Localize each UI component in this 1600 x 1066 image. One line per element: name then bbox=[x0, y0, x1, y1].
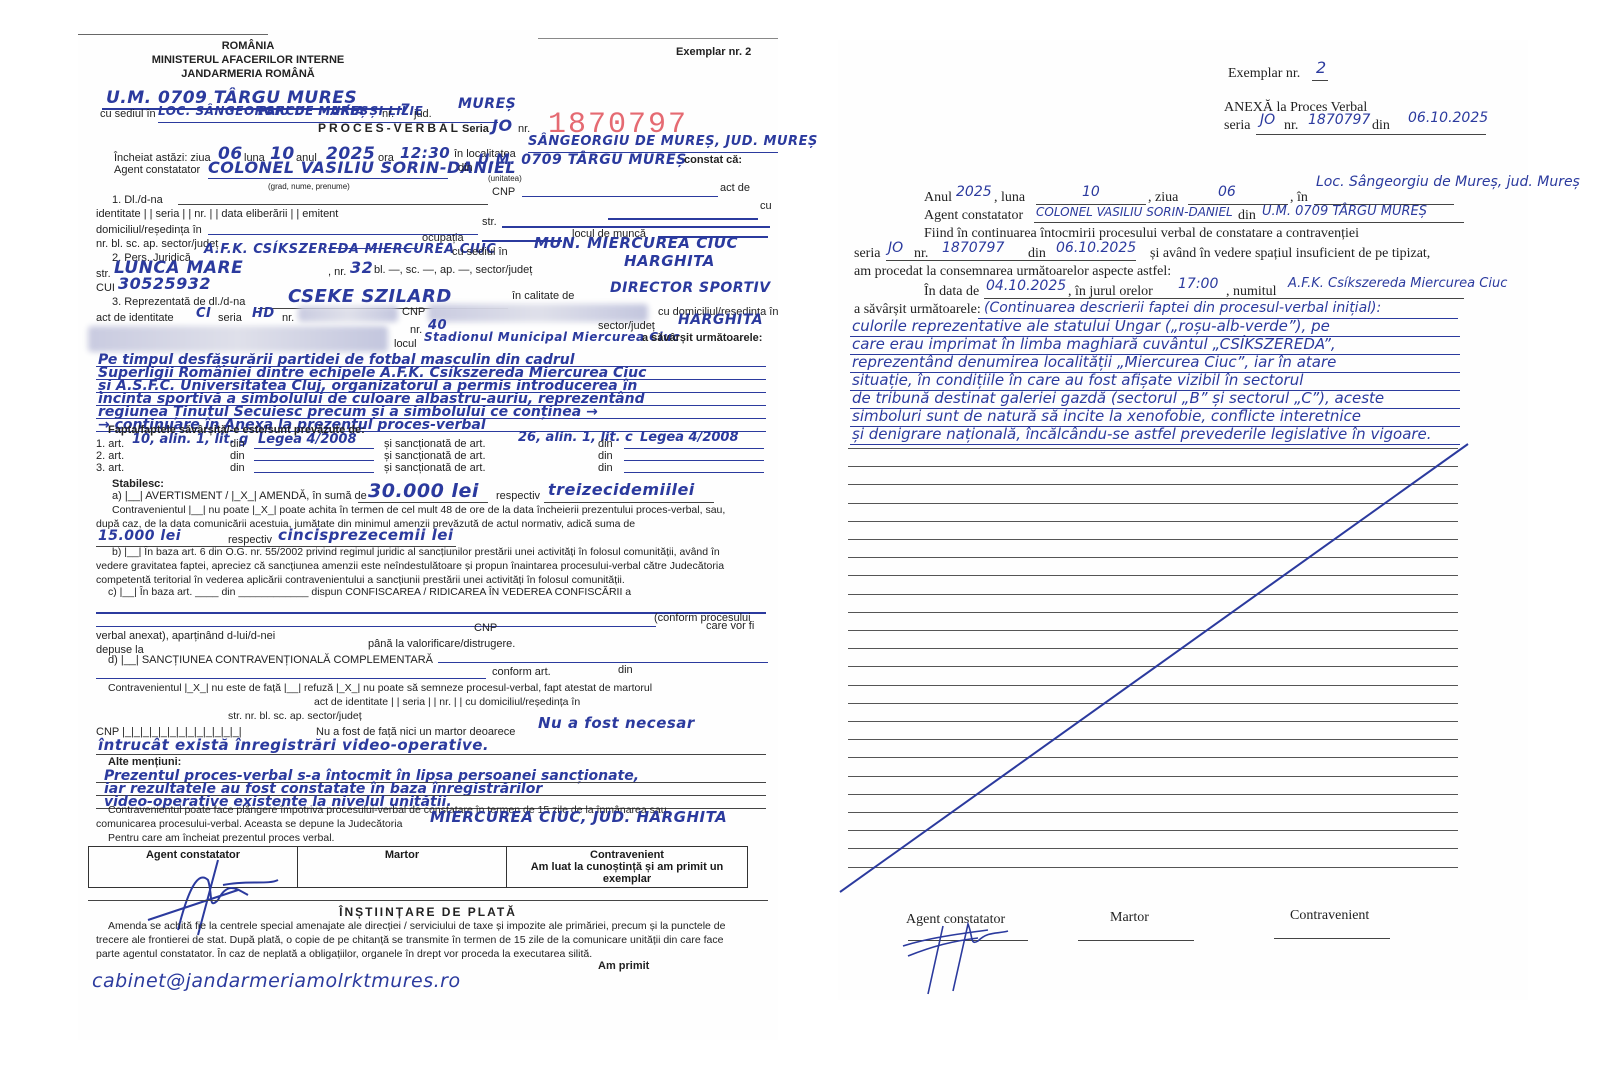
redacted-address bbox=[88, 326, 388, 352]
top-edge-line bbox=[78, 34, 268, 35]
sanction-label: și sancționată de art. bbox=[384, 462, 486, 475]
sig-offender-label: Contravenient bbox=[1290, 908, 1369, 924]
intro-line-2: și având în vedere spațiul insuficient d… bbox=[1150, 246, 1430, 262]
cui-value: 30525932 bbox=[118, 274, 211, 293]
day-value: 06 bbox=[1218, 184, 1236, 200]
witness-line-1: Contravenientul |_X_| nu este de față |_… bbox=[108, 682, 652, 695]
nr-label: nr. bbox=[382, 108, 394, 121]
event-date: 04.10.2025 bbox=[986, 278, 1066, 294]
jud-value: MUREȘ bbox=[458, 96, 516, 112]
payment-line-1: Contravenientul |__| nu poate |_X_| poat… bbox=[112, 504, 725, 517]
underline bbox=[178, 204, 488, 205]
person-label: 1. Dl./d-na bbox=[112, 194, 163, 207]
strike-line bbox=[96, 626, 656, 627]
id-series-label: seria bbox=[218, 312, 242, 325]
strike-line bbox=[438, 662, 768, 663]
no-witness-reason-2: întrucât există înregistrări video-opera… bbox=[98, 736, 489, 754]
identity-line: identitate | | seria | | nr. | | data el… bbox=[96, 208, 338, 221]
sanction-din: din bbox=[598, 462, 613, 475]
payment-notice-3: parte agentul constatator. În caz de nep… bbox=[96, 948, 592, 961]
domicile-label: domiciliul/reședința în bbox=[96, 224, 202, 237]
intro-date: 06.10.2025 bbox=[1056, 240, 1136, 256]
annex-text-line: culorile reprezentative ale statului Ung… bbox=[852, 318, 1330, 334]
conform-art-label: conform art. bbox=[492, 666, 551, 679]
care-vor-fi: care vor fi bbox=[706, 620, 754, 633]
underline bbox=[358, 502, 488, 503]
legal-seat-value: MUN. MIERCUREA CIUC bbox=[534, 234, 738, 252]
sig-offender-label: Contravenient bbox=[590, 849, 664, 861]
agent-unit: U.M. 0709 TÂRGU MUREȘ bbox=[478, 152, 687, 168]
locality-value: Loc. Sângeorgiu de Mureș, jud. Mureș bbox=[1316, 174, 1580, 190]
annex-nr-label: nr. bbox=[1284, 118, 1298, 134]
article-law: Legea 4/2008 bbox=[258, 432, 357, 448]
underline bbox=[254, 460, 374, 461]
cu-label: cu bbox=[760, 200, 772, 213]
committed-label: a săvârșit următoarele: bbox=[854, 302, 981, 318]
header-country: ROMÂNIA bbox=[148, 40, 348, 53]
underline bbox=[96, 754, 766, 755]
month-label: , luna bbox=[994, 190, 1025, 206]
underline bbox=[1312, 80, 1328, 81]
intro-seria-label: seria bbox=[854, 246, 880, 262]
annex-series: JO bbox=[1260, 112, 1275, 128]
complaint-line-2: comunicarea procesului-verbal. Aceasta s… bbox=[96, 818, 402, 831]
locality-value: SÂNGEORGIU DE MUREȘ, JUD. MUREȘ bbox=[528, 134, 818, 149]
intro-seria: JO bbox=[888, 240, 903, 256]
street-value: PARCUL MARIA ȘI LILIE bbox=[258, 104, 423, 118]
half-amount-words: cincisprezecemii lei bbox=[278, 526, 454, 544]
agent-label: Agent constatator bbox=[924, 208, 1023, 224]
underline bbox=[254, 448, 374, 449]
annex-text-line: care erau imprimat în limba maghiară cuv… bbox=[852, 336, 1336, 352]
rep-nr-label: nr. bbox=[410, 324, 422, 337]
annex-nr: 1870797 bbox=[1308, 112, 1370, 128]
underline bbox=[624, 448, 764, 449]
underline bbox=[254, 472, 374, 473]
exemplar-value: 2 bbox=[1316, 60, 1326, 76]
agent-value: COLONEL VASILIU SORIN-DANIEL bbox=[1036, 204, 1233, 220]
rep-name: CSEKE SZILARD bbox=[288, 286, 452, 307]
email-note: cabinet@jandarmeriamolrktmures.ro bbox=[92, 970, 461, 992]
confiscation-cnp-label: CNP bbox=[474, 622, 497, 635]
legal-county: HARGHITA bbox=[624, 252, 715, 270]
series-value: JO bbox=[492, 116, 513, 135]
article-din: din bbox=[230, 462, 245, 475]
sanction-b-1: b) |__| În baza art. 6 din O.G. nr. 55/2… bbox=[112, 546, 720, 559]
constat-label: constat că: bbox=[684, 154, 742, 167]
sanction-b-2: vedere gravitatea faptei, apreciez că sa… bbox=[96, 560, 724, 573]
id-type: CI bbox=[196, 306, 211, 321]
annex-text-line: (Continuarea descrierii faptei din proce… bbox=[984, 300, 1381, 316]
underline bbox=[624, 460, 764, 461]
exemplar-label: Exemplar nr. bbox=[1228, 66, 1300, 82]
role-label: în calitate de bbox=[512, 290, 574, 303]
annex-text-line: de tribună destinat galeriei gazdă (sect… bbox=[852, 390, 1384, 406]
place-label: locul bbox=[394, 338, 417, 351]
underline bbox=[208, 178, 448, 179]
sanction-c: c) |__| În baza art. ____ din __________… bbox=[108, 586, 631, 599]
rep-cnp-label: CNP bbox=[402, 306, 425, 319]
article-label: 3. art. bbox=[96, 462, 124, 475]
year-label: Anul bbox=[924, 190, 952, 206]
role-value: DIRECTOR SPORTIV bbox=[610, 280, 771, 296]
rep-label: 3. Reprezentată de dl./d-na bbox=[112, 296, 245, 309]
legal-nr: 32 bbox=[350, 258, 373, 277]
header-ministry: MINISTERUL AFACERILOR INTERNE bbox=[118, 54, 378, 67]
no-witness-reason-1: Nu a fost necesar bbox=[538, 714, 695, 732]
rep-county: HARGHITA bbox=[678, 312, 763, 328]
annex-text-line: situație, în condițiile în care au fost … bbox=[852, 372, 1303, 388]
sanction-d: d) |__| SANCȚIUNEA CONTRAVENȚIONALĂ COMP… bbox=[108, 654, 433, 667]
din-label: din bbox=[618, 664, 633, 677]
annex-series-label: seria bbox=[1224, 118, 1250, 134]
redacted-id-number bbox=[298, 306, 398, 322]
agent-unit: U.M. 0709 TÂRGU MUREȘ bbox=[1262, 204, 1427, 220]
agent-signature-icon bbox=[898, 916, 1018, 996]
payment-notice-title: ÎNȘTIINȚARE DE PLATĂ bbox=[228, 906, 628, 919]
intro-nr: 1870797 bbox=[942, 240, 1004, 256]
strike-line bbox=[96, 678, 486, 679]
annex-page: Exemplar nr. 2 ANEXĂ la Proces Verbal se… bbox=[838, 40, 1528, 1000]
annex-text-line: reprezentând denumirea localității „Mier… bbox=[852, 354, 1336, 370]
legal-str-label: str. bbox=[96, 268, 111, 281]
named-value: A.F.K. Csíkszereda Miercurea Ciuc bbox=[1288, 276, 1507, 292]
legal-nr-label: , nr. bbox=[328, 266, 346, 279]
legal-seat-label: cu sediul în bbox=[452, 246, 508, 259]
payment-notice-1: Amenda se achită fie la centrele special… bbox=[108, 920, 725, 933]
grade-hint: (grad, nume, prenume) bbox=[268, 180, 350, 193]
sanction-law: Legea 4/2008 bbox=[640, 430, 739, 446]
header-institution: JANDARMERIA ROMÂNĂ bbox=[118, 68, 378, 81]
fine-amount: 30.000 lei bbox=[368, 480, 479, 502]
sig-witness-label: Martor bbox=[1110, 910, 1149, 926]
underline bbox=[544, 502, 714, 503]
complaint-line-3: Pentru care am încheiat prezentul proces… bbox=[108, 832, 334, 845]
witness-line-3: str. nr. bl. sc. ap. sector/județ bbox=[228, 710, 362, 723]
legal-rest-label: bl. —, sc. —, ap. —, sector/județ bbox=[374, 264, 532, 277]
act-label: act de bbox=[720, 182, 750, 195]
witness-line-2: act de identitate | | seria | | nr. | | … bbox=[314, 696, 580, 709]
agent-label: Agent constatator bbox=[114, 164, 200, 177]
id-series: HD bbox=[252, 306, 275, 321]
id-label: act de identitate bbox=[96, 312, 174, 325]
underline bbox=[984, 298, 1464, 299]
proces-verbal-page: ROMÂNIA MINISTERUL AFACERILOR INTERNE JA… bbox=[78, 30, 778, 1040]
sig-offender-cell: ContravenientAm luat la cunoștință și am… bbox=[507, 847, 748, 888]
underline bbox=[608, 218, 758, 220]
cui-label: CUI bbox=[96, 282, 115, 295]
seat-label: cu sediul în bbox=[100, 108, 156, 121]
sig-offender-line bbox=[1274, 938, 1390, 939]
cnp-boxes bbox=[522, 196, 718, 197]
fine-amount-words: treizecidemiilei bbox=[548, 480, 695, 499]
sig-witness-label: Martor bbox=[385, 849, 419, 861]
top-edge-line bbox=[538, 38, 778, 39]
hour-value: 17:00 bbox=[1178, 276, 1218, 292]
month-value: 10 bbox=[1082, 184, 1100, 200]
address-line: nr. bl. sc. ap. sector/județ bbox=[96, 238, 218, 251]
str-label: str. bbox=[482, 216, 497, 229]
committed-label: a săvârșit următoarele: bbox=[642, 332, 762, 345]
underline bbox=[886, 260, 1136, 261]
id-nr-label: nr. bbox=[282, 312, 294, 325]
underline bbox=[1034, 222, 1464, 223]
series-label: Seria bbox=[462, 123, 489, 136]
year-value: 2025 bbox=[956, 184, 992, 200]
cnp-label: CNP bbox=[492, 186, 515, 199]
jud-label: jud. bbox=[414, 108, 432, 121]
received-label: Am primit bbox=[598, 960, 649, 973]
nr-value: 7 bbox=[400, 102, 410, 118]
document-title: PROCES-VERBAL bbox=[318, 122, 461, 135]
cancel-diagonal-icon bbox=[838, 440, 1478, 900]
verbal-anexat-label: verbal anexat), aparținând d-lui/d-nei bbox=[96, 630, 275, 643]
annex-date: 06.10.2025 bbox=[1408, 110, 1488, 126]
payment-notice-2: trecere ale frontierei de stat. După pla… bbox=[96, 934, 723, 947]
sig-offender-note: Am luat la cunoștință și am primit un ex… bbox=[531, 861, 724, 885]
annex-din-label: din bbox=[1372, 118, 1390, 134]
unit-hint: (unitatea) bbox=[488, 172, 522, 185]
underline bbox=[1256, 134, 1486, 135]
underline bbox=[624, 472, 764, 473]
half-amount: 15.000 lei bbox=[98, 528, 181, 544]
annex-text-line: simboluri sunt de natură să incite la xe… bbox=[852, 408, 1361, 424]
court-value: MIERCUREA CIUC, JUD. HARGHITA bbox=[430, 808, 727, 826]
agent-from-label: din bbox=[458, 162, 473, 175]
sig-witness-line bbox=[1078, 940, 1194, 941]
sig-witness-cell: Martor bbox=[298, 847, 507, 888]
divider bbox=[88, 900, 768, 901]
respectiv-label: respectiv bbox=[496, 490, 540, 503]
exemplar-label: Exemplar nr. 2 bbox=[676, 46, 751, 59]
event-date-label: În data de bbox=[924, 284, 979, 300]
sanction-a: a) |__| AVERTISMENT / |_X_| AMENDĂ, în s… bbox=[112, 490, 367, 503]
valorificare-label: până la valorificare/distrugere. bbox=[368, 638, 515, 651]
sanction-article: 26, alin. 1, lit. c bbox=[518, 430, 633, 446]
